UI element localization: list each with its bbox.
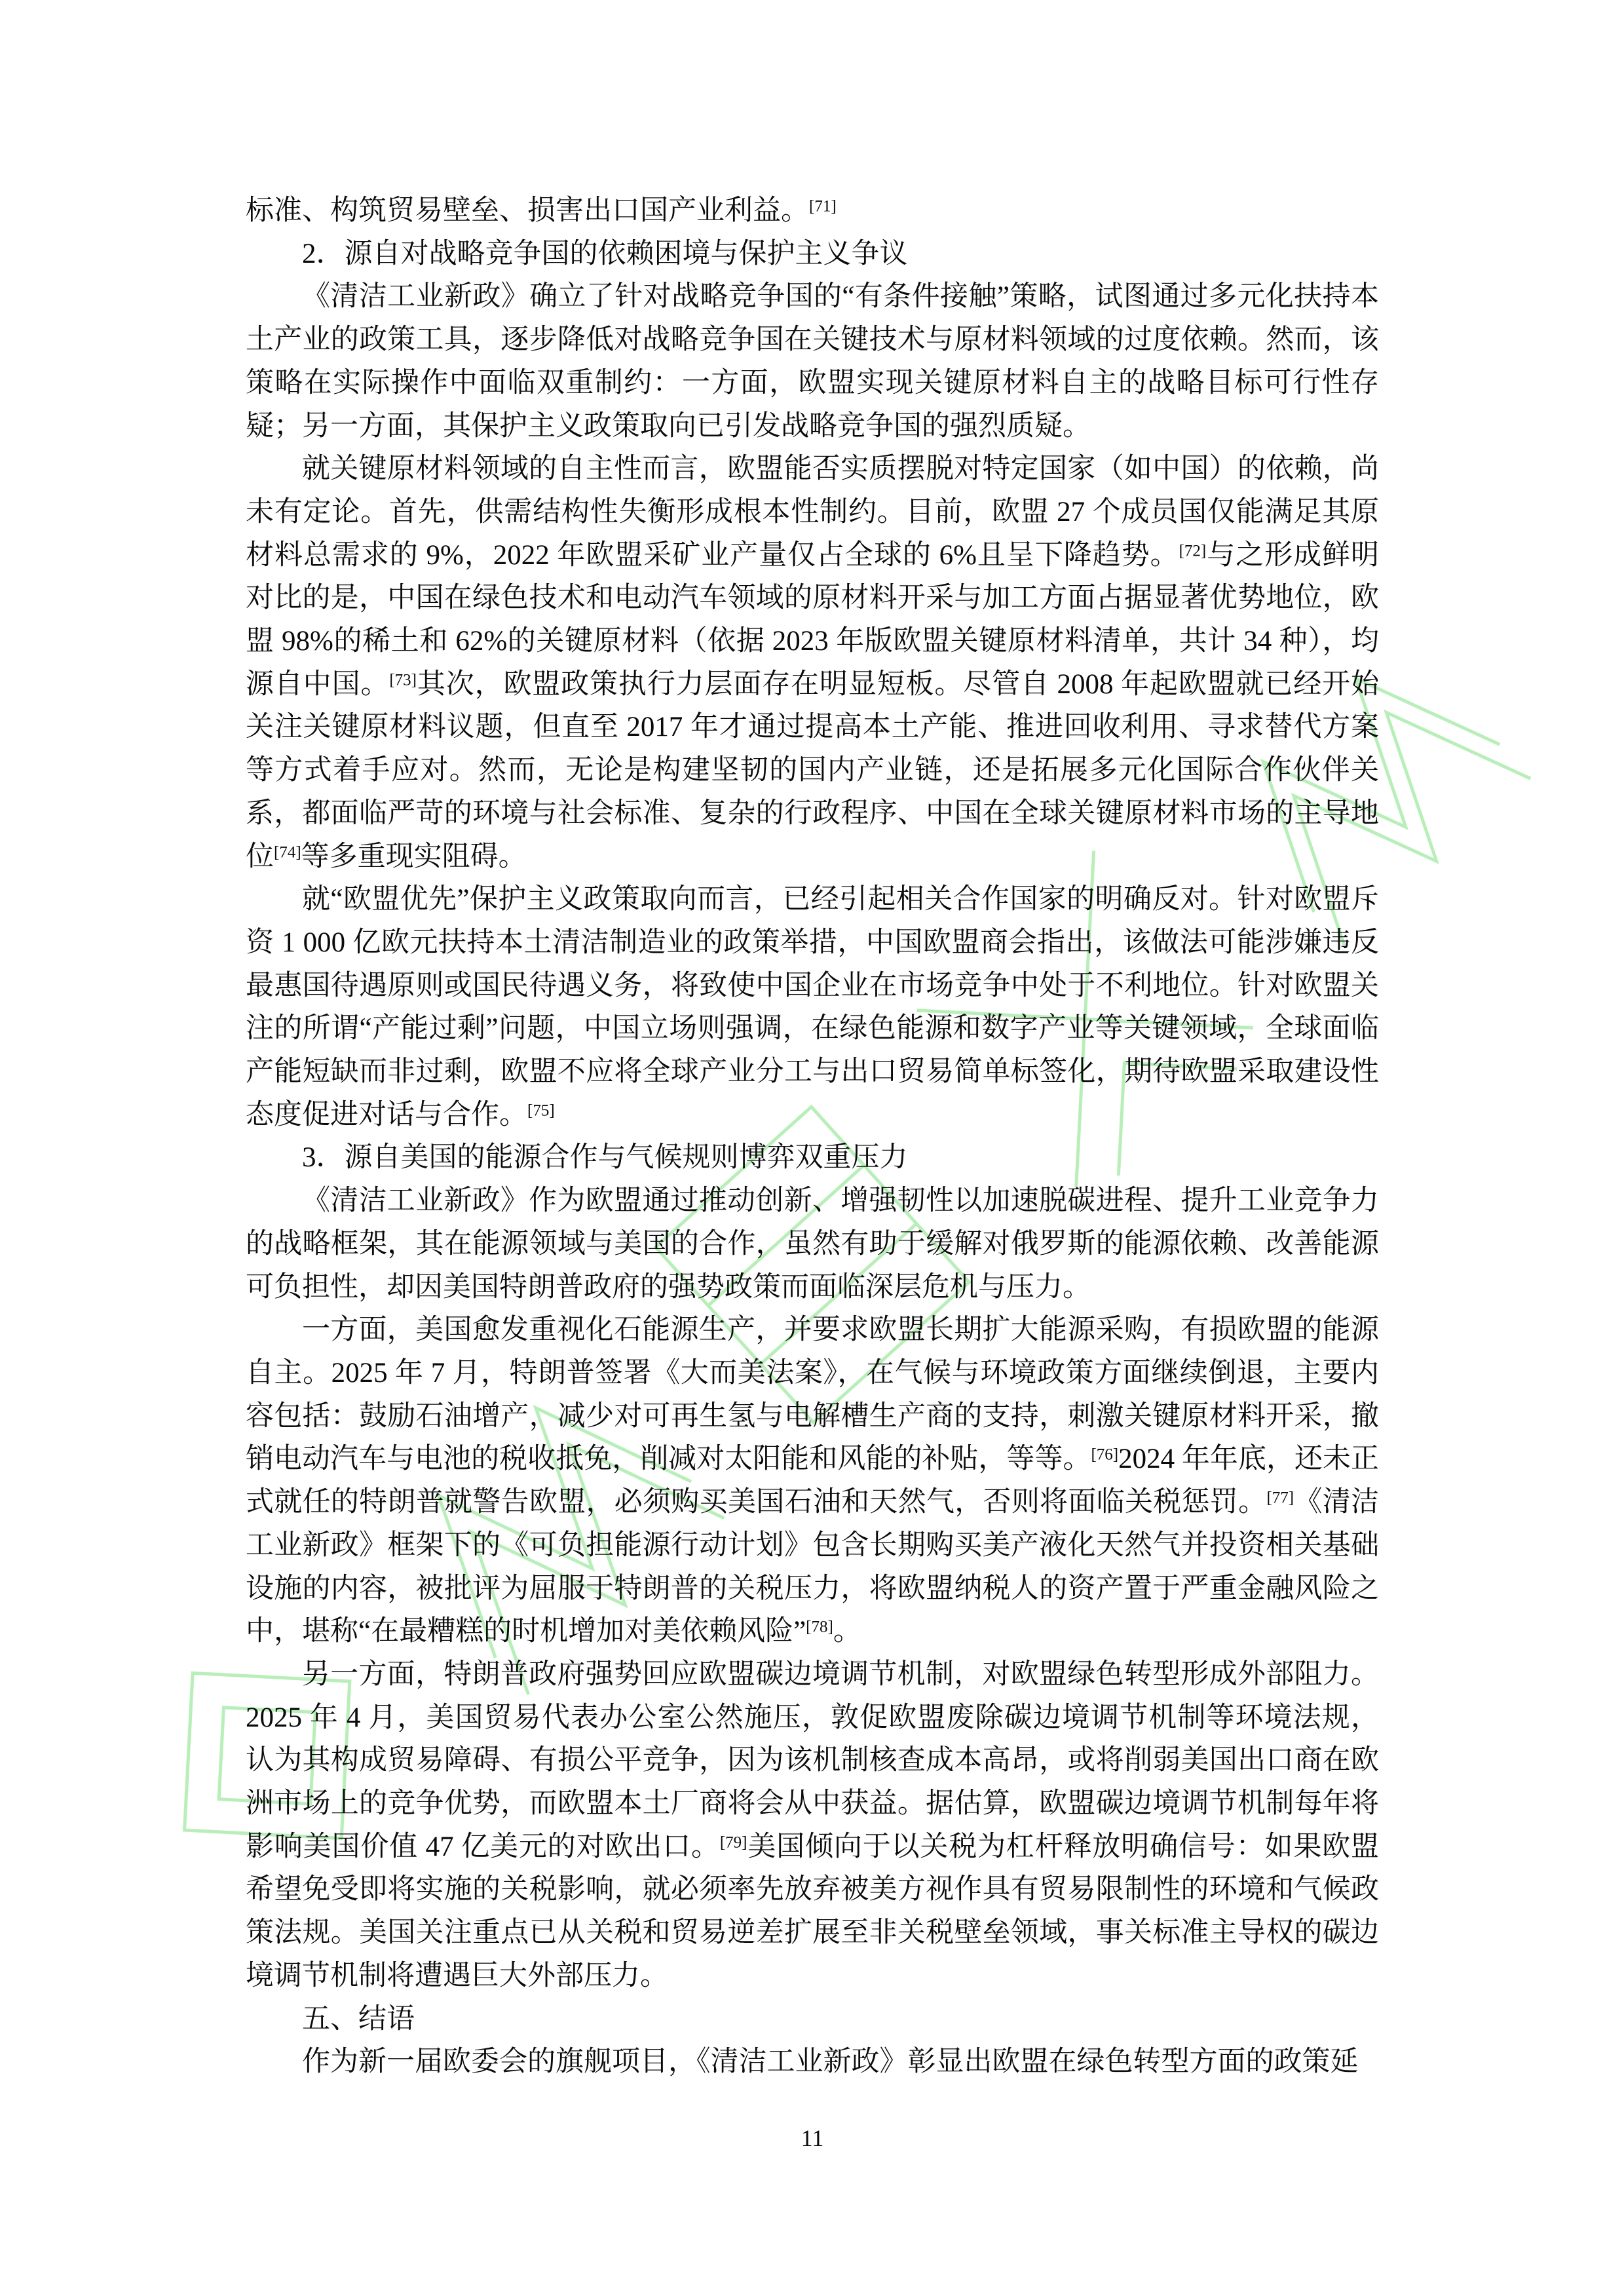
para-fossil-energy-pressure: 一方面，美国愈发重视化石能源生产，并要求欧盟长期扩大能源采购，有损欧盟的能源自主… bbox=[246, 1309, 1379, 1653]
para-cbam-pressure: 另一方面，特朗普政府强势回应欧盟碳边境调节机制，对欧盟绿色转型形成外部阻力。20… bbox=[246, 1653, 1379, 1998]
document-body: 标准、构筑贸易壁垒、损害出口国产业利益。[71]2．源自对战略竞争国的依赖困境与… bbox=[246, 189, 1379, 2084]
para-conditional-engagement: 《清洁工业新政》确立了针对战略竞争国的“有条件接触”策略，试图通过多元化扶持本土… bbox=[246, 275, 1379, 448]
heading-section-3: 3．源自美国的能源合作与气候规则博弈双重压力 bbox=[246, 1136, 1379, 1179]
footnote-ref: [76] bbox=[1091, 1446, 1118, 1464]
footnote-ref: [78] bbox=[806, 1618, 833, 1636]
para-conclusion-start: 作为新一届欧委会的旗舰项目，《清洁工业新政》彰显出欧盟在绿色转型方面的政策延 bbox=[246, 2040, 1379, 2084]
footnote-ref: [73] bbox=[389, 671, 417, 689]
footnote-ref: [79] bbox=[720, 1833, 747, 1851]
para-raw-material-autonomy: 就关键原材料领域的自主性而言，欧盟能否实质摆脱对特定国家（如中国）的依赖，尚未有… bbox=[246, 448, 1379, 878]
page-number: 11 bbox=[246, 2124, 1379, 2152]
para-continuation: 标准、构筑贸易壁垒、损害出口国产业利益。[71] bbox=[246, 189, 1379, 233]
footnote-ref: [74] bbox=[274, 843, 301, 861]
heading-section-2: 2．源自对战略竞争国的依赖困境与保护主义争议 bbox=[246, 233, 1379, 276]
footnote-ref: [71] bbox=[809, 198, 837, 216]
heading-section-5: 五、结语 bbox=[246, 1998, 1379, 2041]
footnote-ref: [77] bbox=[1266, 1489, 1294, 1507]
footnote-ref: [72] bbox=[1179, 542, 1207, 560]
document-page: 标准、构筑贸易壁垒、损害出口国产业利益。[71]2．源自对战略竞争国的依赖困境与… bbox=[0, 0, 1624, 2296]
para-eu-first-protectionism: 就“欧盟优先”保护主义政策取向而言，已经引起相关合作国家的明确反对。针对欧盟斥资… bbox=[246, 878, 1379, 1136]
footnote-ref: [75] bbox=[527, 1101, 555, 1119]
para-us-strategic-framework: 《清洁工业新政》作为欧盟通过推动创新、增强韧性以加速脱碳进程、提升工业竞争力的战… bbox=[246, 1179, 1379, 1309]
